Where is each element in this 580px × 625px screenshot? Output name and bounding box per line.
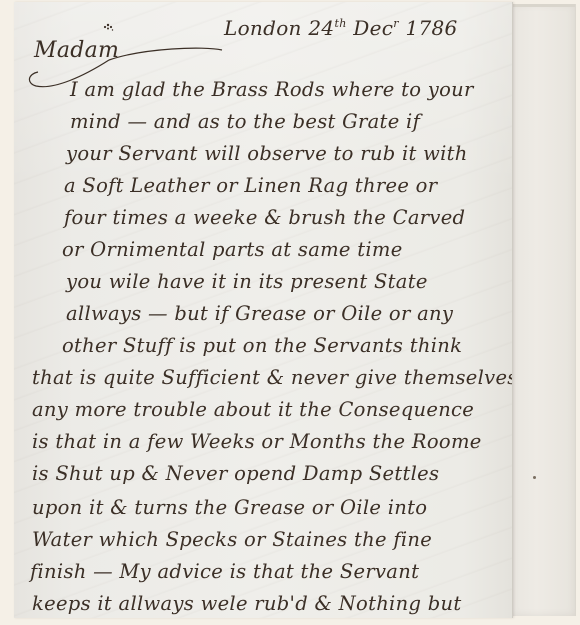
letter-line: is Shut up & Never opend Damp Settles — [32, 462, 439, 485]
place: London — [224, 16, 302, 40]
letter-line: mind — and as to the best Grate if — [70, 110, 420, 133]
letter-line: four times a weeke & brush the Carved — [64, 206, 465, 229]
document-viewer: London 24th Decr 1786 Madam I am glad th… — [0, 0, 580, 625]
letter-line: Water which Specks or Staines the fine — [32, 528, 432, 551]
date-day: 24 — [308, 16, 334, 40]
date-month-suffix: r — [393, 17, 399, 30]
letter-line: or Ornimental parts at same time — [62, 238, 403, 261]
date-year: 1786 — [405, 16, 457, 40]
letter-line: is that in a few Weeks or Months the Roo… — [32, 430, 482, 453]
letter-line: your Servant will observe to rub it with — [66, 142, 468, 165]
folded-back-leaf — [510, 4, 576, 616]
date-month: Dec — [353, 16, 393, 40]
date-day-suffix: th — [334, 17, 346, 30]
letter-line: keeps it allways wele rub'd & Nothing bu… — [32, 592, 462, 615]
letter-line: upon it & turns the Grease or Oile into — [32, 496, 427, 519]
letter-line: allways — but if Grease or Oile or any — [66, 302, 453, 325]
letter-sheet: London 24th Decr 1786 Madam I am glad th… — [14, 2, 513, 618]
letter-line: that is quite Sufficient & never give th… — [32, 366, 513, 389]
letter-line: you wile have it in its present State — [66, 270, 428, 293]
letter-line: finish — My advice is that the Servant — [30, 560, 419, 583]
leaf-fold-edge — [511, 4, 575, 7]
ink-blot-mark-icon — [102, 22, 114, 32]
letter-line: other Stuff is put on the Servants think — [62, 334, 462, 357]
letter-line: I am glad the Brass Rods where to your — [70, 78, 474, 101]
letter-line: a Soft Leather or Linen Rag three or — [64, 174, 437, 197]
letter-line: any more trouble about it the Consequenc… — [32, 398, 474, 421]
dateline: London 24th Decr 1786 — [224, 16, 458, 40]
ink-speck — [533, 476, 536, 479]
